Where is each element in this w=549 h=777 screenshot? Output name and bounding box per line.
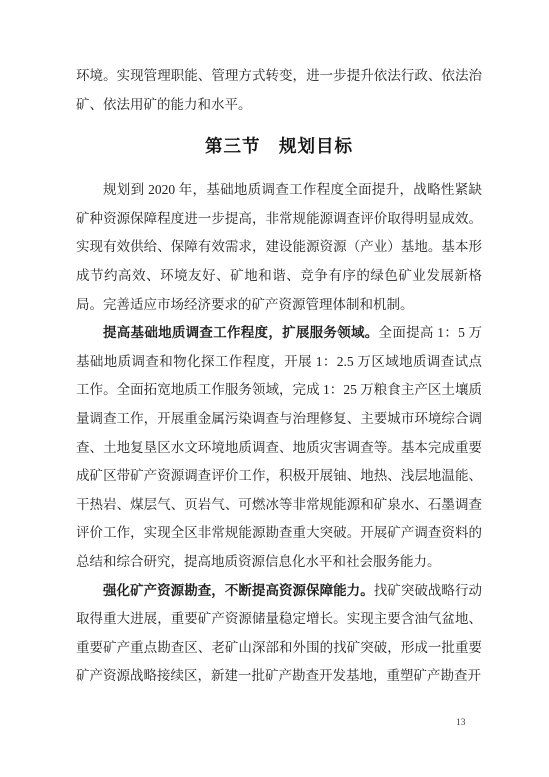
paragraph-overview: 规划到 2020 年，基础地质调查工作程度全面提升，战略性紧缺矿种资源保障程度进… — [76, 176, 482, 319]
document-page: 环境。实现管理职能、管理方式转变，进一步提升依法行政、依法治矿、依法用矿的能力和… — [76, 62, 482, 691]
paragraph-mineral-exploration: 强化矿产资源勘查，不断提高资源保障能力。找矿突破战略行动取得重大进展，重要矿产资… — [76, 577, 482, 691]
paragraph-lead-bold: 强化矿产资源勘查，不断提高资源保障能力。 — [103, 583, 374, 598]
paragraph-geological-survey: 提高基础地质调查工作程度，扩展服务领域。全面提高 1：5 万基础地质调查和物化探… — [76, 319, 482, 576]
paragraph-continuation: 环境。实现管理职能、管理方式转变，进一步提升依法行政、依法治矿、依法用矿的能力和… — [76, 62, 482, 119]
paragraph-lead-bold: 提高基础地质调查工作程度，扩展服务领域。 — [103, 325, 379, 340]
section-heading: 第三节 规划目标 — [76, 133, 482, 159]
paragraph-body-text: 全面提高 1：5 万基础地质调查和物化探工作程度，开展 1：2.5 万区域地质调… — [76, 325, 482, 569]
page-number: 13 — [456, 718, 466, 728]
